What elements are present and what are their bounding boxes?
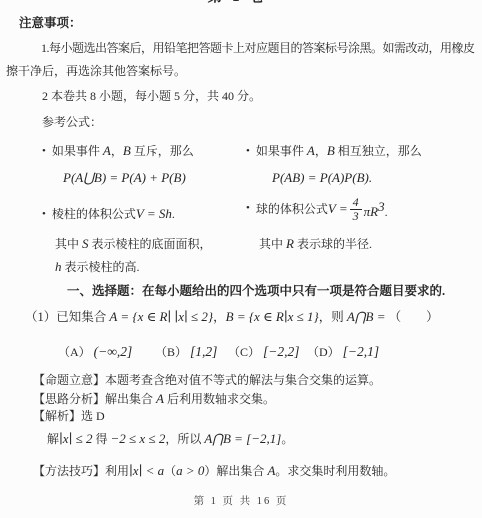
formula-sphere-volume-post: πR3. [364,199,388,220]
bullet-icon: • [42,208,46,221]
notice-item-2: 2 本卷共 8 小题，每小题 5 分，共 40 分。 [42,89,261,103]
option-c: （C）[−2,2] [228,344,300,360]
fraction-denominator: 3 [353,210,359,223]
option-b-label: （B） [155,345,187,359]
formula-left-event-bullet: •如果事件 A，B 互斥，那么 [42,143,194,159]
option-d-label: （D） [307,345,340,359]
option-c-value: [−2,2] [263,344,300,359]
doc-title: 第Ⅰ卷 [0,0,482,6]
bullet-icon: • [246,145,250,158]
question-1-stem: （1）已知集合 A = {x ∈ R∣ ∣x∣ ≤ 2}，B = {x ∈ R∣… [25,309,439,325]
formula-left-note-2: h 表示棱柱的高. [55,259,140,275]
bullet-icon: • [42,145,46,158]
analysis-answer: 【解析】选 D [33,409,105,423]
formula-left-event-text: 如果事件 A，B 互斥，那么 [52,144,194,158]
option-b: （B）[1,2] [155,344,217,360]
option-a-label: （A） [58,345,91,359]
option-d: （D）[−2,1] [307,344,379,360]
formula-sphere-volume: • 球的体积公式V = 4 3 πR3. [246,192,388,226]
formula-prism-volume: •棱柱的体积公式V = Sh. [42,206,175,222]
method-technique: 【方法技巧】利用∣x∣ < a（a > 0）解出集合 A。求交集时利用数轴。 [33,463,395,479]
option-b-value: [1,2] [190,344,217,359]
fraction-numerator: 4 [350,196,362,210]
fraction-four-thirds: 4 3 [350,196,362,222]
formula-union-probability: P(A⋃B) = P(A) + P(B) [63,170,186,186]
formula-right-note-1: 其中 R 表示球的半径. [259,236,372,252]
formula-right-event-text: 如果事件 A，B 相互独立，那么 [256,144,422,158]
option-a-value: (−∞,2] [94,344,133,359]
notice-heading: 注意事项： [19,16,82,31]
section-heading: 一、选择题：在每小题给出的四个选项中只有一项是符合题目要求的. [67,284,445,299]
formula-right-event-bullet: •如果事件 A，B 相互独立，那么 [246,143,422,159]
option-a: （A）(−∞,2] [58,344,132,360]
notice-item-1-line-1: 1.每小题选出答案后，用铅笔把答题卡上对应题目的答案标号涂黑。如需改动，用橡皮 [41,41,475,55]
notice-item-1-line-2: 擦干净后，再选涂其他答案标号。 [6,64,186,78]
formula-heading: 参考公式： [42,115,102,129]
bullet-icon: • [246,202,250,215]
formula-prism-volume-text: 棱柱的体积公式V = Sh. [52,207,175,221]
exam-paper-page: 第Ⅰ卷 注意事项： 1.每小题选出答案后，用铅笔把答题卡上对应题目的答案标号涂黑… [0,0,482,518]
analysis-approach: 【思路分析】解出集合 A 后利用数轴求交集。 [33,391,275,407]
option-d-value: [−2,1] [343,344,380,359]
page-footer: 第 1 页 共 16 页 [0,496,482,509]
formula-left-note-1: 其中 S 表示棱柱的底面面积， [55,236,212,252]
analysis-intent: 【命题立意】本题考查含绝对值不等式的解法与集合交集的运算。 [33,373,381,387]
solution-work: 解∣x∣ ≤ 2 得 −2 ≤ x ≤ 2，所以 A⋂B = [−2,1]。 [47,431,293,447]
formula-sphere-volume-pre: 球的体积公式V = [256,201,348,217]
formula-independent-probability: P(AB) = P(A)P(B). [272,170,372,186]
option-c-label: （C） [228,345,260,359]
